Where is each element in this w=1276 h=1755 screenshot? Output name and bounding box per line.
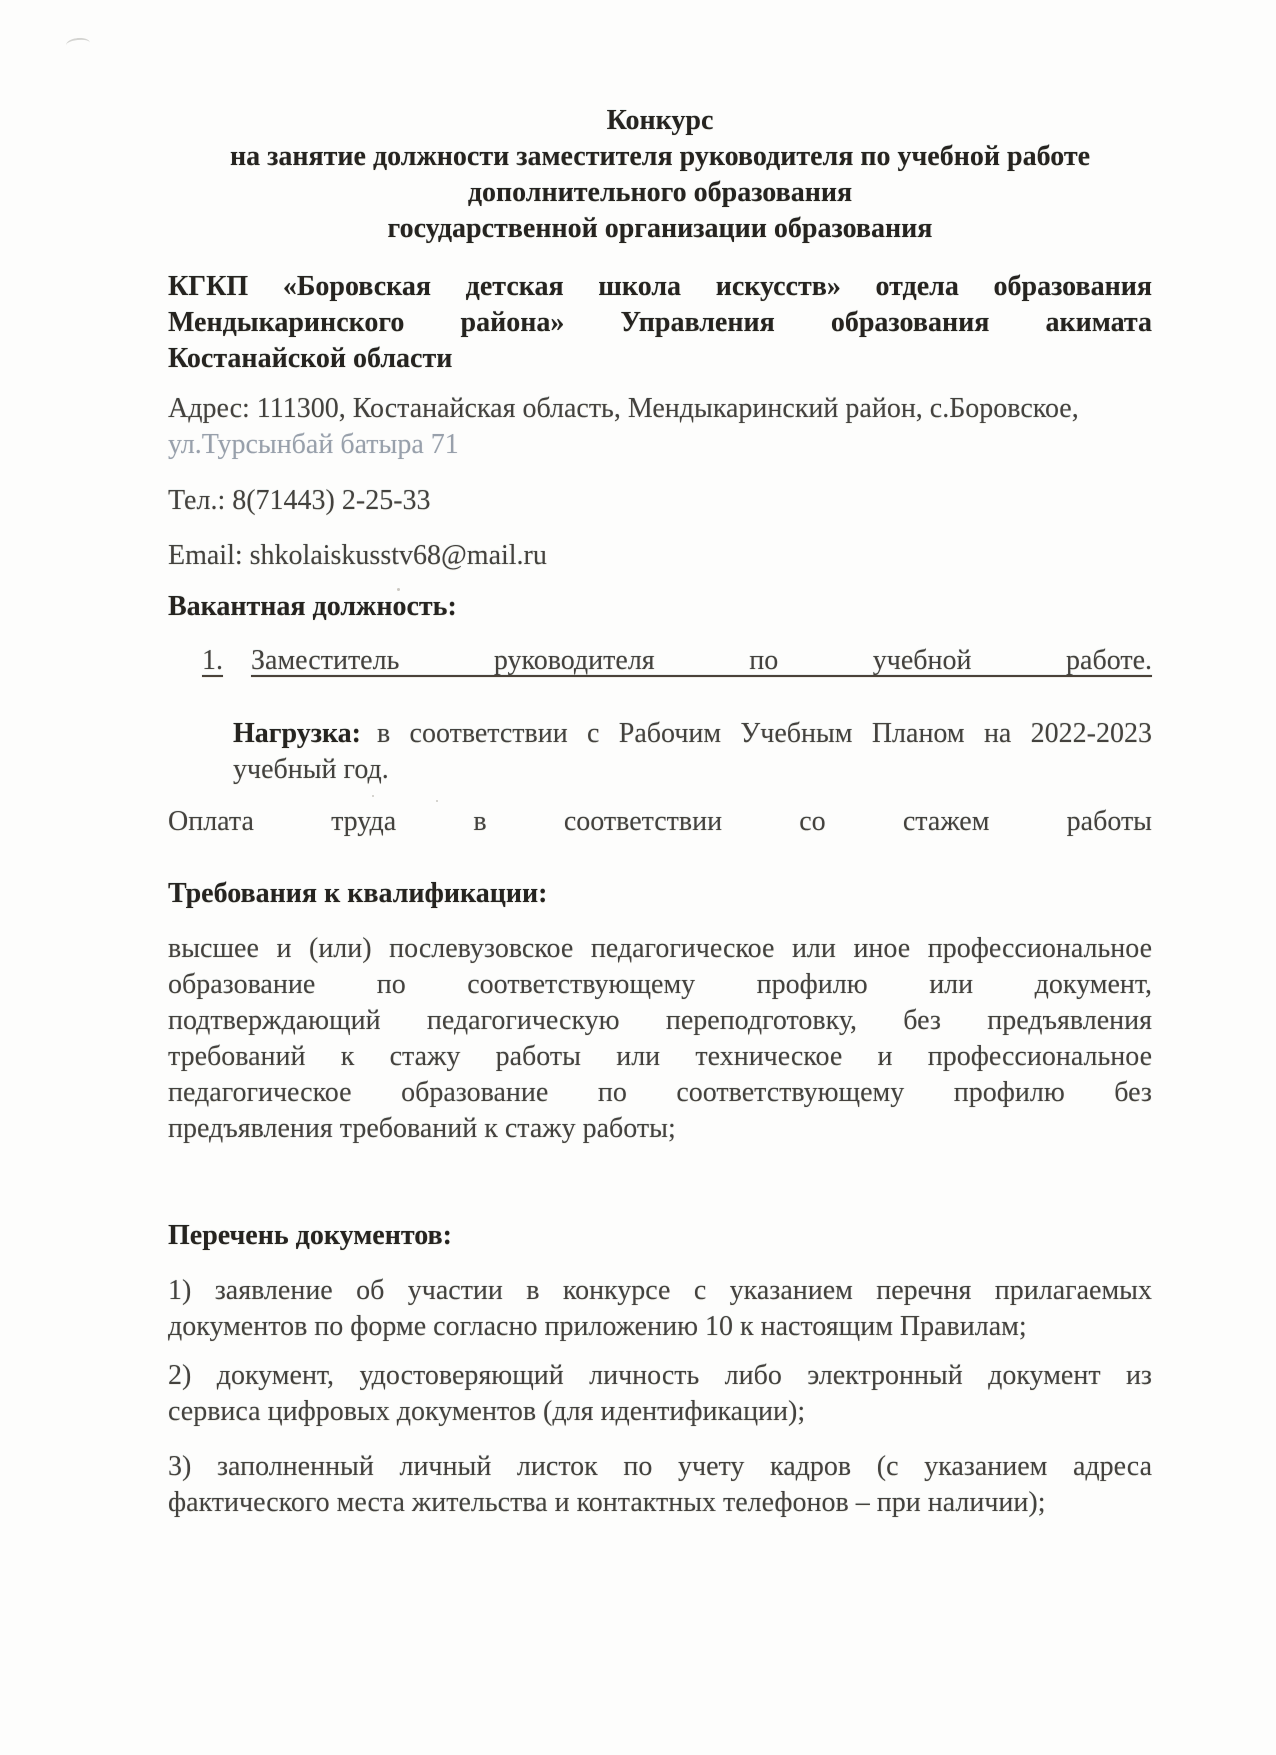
- qualification-line-3: подтверждающий педагогическую переподгот…: [168, 1003, 1152, 1039]
- document-item-3: 3) заполненный личный листок по учету ка…: [168, 1449, 1152, 1521]
- organization-line-2: Мендыкаринского района» Управления образ…: [168, 305, 1152, 341]
- scanned-document-page: Конкурс на занятие должности заместителя…: [0, 0, 1276, 1755]
- address: Адрес: 111300, Костанайская область, Мен…: [168, 391, 1152, 463]
- title-line-4: государственной организации образования: [168, 211, 1152, 247]
- workload-line-1: Нагрузка: в соответствии с Рабочим Учебн…: [233, 716, 1152, 752]
- document-item-2-line-2: сервиса цифровых документов (для идентиф…: [168, 1394, 1152, 1430]
- qualification-line-4: требований к стажу работы или техническо…: [168, 1039, 1152, 1075]
- phone-line: Тел.: 8(71443) 2-25-33: [168, 483, 1152, 519]
- workload-paragraph: Нагрузка: в соответствии с Рабочим Учебн…: [168, 716, 1152, 788]
- vacancy-item-number: 1.: [202, 643, 223, 679]
- qualification-line-1: высшее и (или) послевузовское педагогиче…: [168, 931, 1152, 967]
- qualification-line-6: предъявления требований к стажу работы;: [168, 1111, 1152, 1147]
- organization-line-3: Костанайской области: [168, 341, 1152, 377]
- pay-line: Оплата труда в соответствии со стажем ра…: [168, 804, 1152, 840]
- vacancy-item: 1. Заместитель руководителя по учебной р…: [168, 643, 1152, 679]
- organization-name: КГКП «Боровская детская школа искусств» …: [168, 269, 1152, 377]
- address-line-1: Адрес: 111300, Костанайская область, Мен…: [168, 391, 1152, 427]
- qualification-heading: Требования к квалификации:: [168, 876, 1152, 912]
- email-line: Email: shkolaiskusstv68@mail.ru: [168, 538, 1152, 574]
- vacancy-heading: Вакантная должность:: [168, 589, 1152, 625]
- document-item-1: 1) заявление об участии в конкурсе с ука…: [168, 1273, 1152, 1345]
- document-item-2: 2) документ, удостоверяющий личность либ…: [168, 1358, 1152, 1430]
- workload-line-2: учебный год.: [233, 752, 1152, 788]
- title-line-2: на занятие должности заместителя руковод…: [168, 139, 1152, 175]
- workload-text: в соответствии с Рабочим Учебным Планом …: [361, 716, 1152, 752]
- documents-heading: Перечень документов:: [168, 1218, 1152, 1254]
- scan-speck: [372, 795, 374, 797]
- vacancy-item-text: Заместитель руководителя по учебной рабо…: [251, 643, 1152, 679]
- organization-line-1: КГКП «Боровская детская школа искусств» …: [168, 269, 1152, 305]
- qualification-line-2: образование по соответствующему профилю …: [168, 967, 1152, 1003]
- pencil-mark-artifact: [65, 37, 90, 51]
- document-item-3-line-2: фактического места жительства и контактн…: [168, 1485, 1152, 1521]
- document-item-3-line-1: 3) заполненный личный листок по учету ка…: [168, 1449, 1152, 1485]
- title-line-3: дополнительного образования: [168, 175, 1152, 211]
- document-title: Конкурс на занятие должности заместителя…: [168, 103, 1152, 247]
- document-item-1-line-2: документов по форме согласно приложению …: [168, 1309, 1152, 1345]
- document-item-1-line-1: 1) заявление об участии в конкурсе с ука…: [168, 1273, 1152, 1309]
- workload-label: Нагрузка:: [233, 716, 361, 752]
- qualification-line-5: педагогическое образование по соответств…: [168, 1075, 1152, 1111]
- address-line-2: ул.Турсынбай батыра 71: [168, 427, 1152, 463]
- qualification-paragraph: высшее и (или) послевузовское педагогиче…: [168, 931, 1152, 1147]
- document-item-2-line-1: 2) документ, удостоверяющий личность либ…: [168, 1358, 1152, 1394]
- scan-speck: [436, 800, 438, 802]
- title-line-1: Конкурс: [168, 103, 1152, 139]
